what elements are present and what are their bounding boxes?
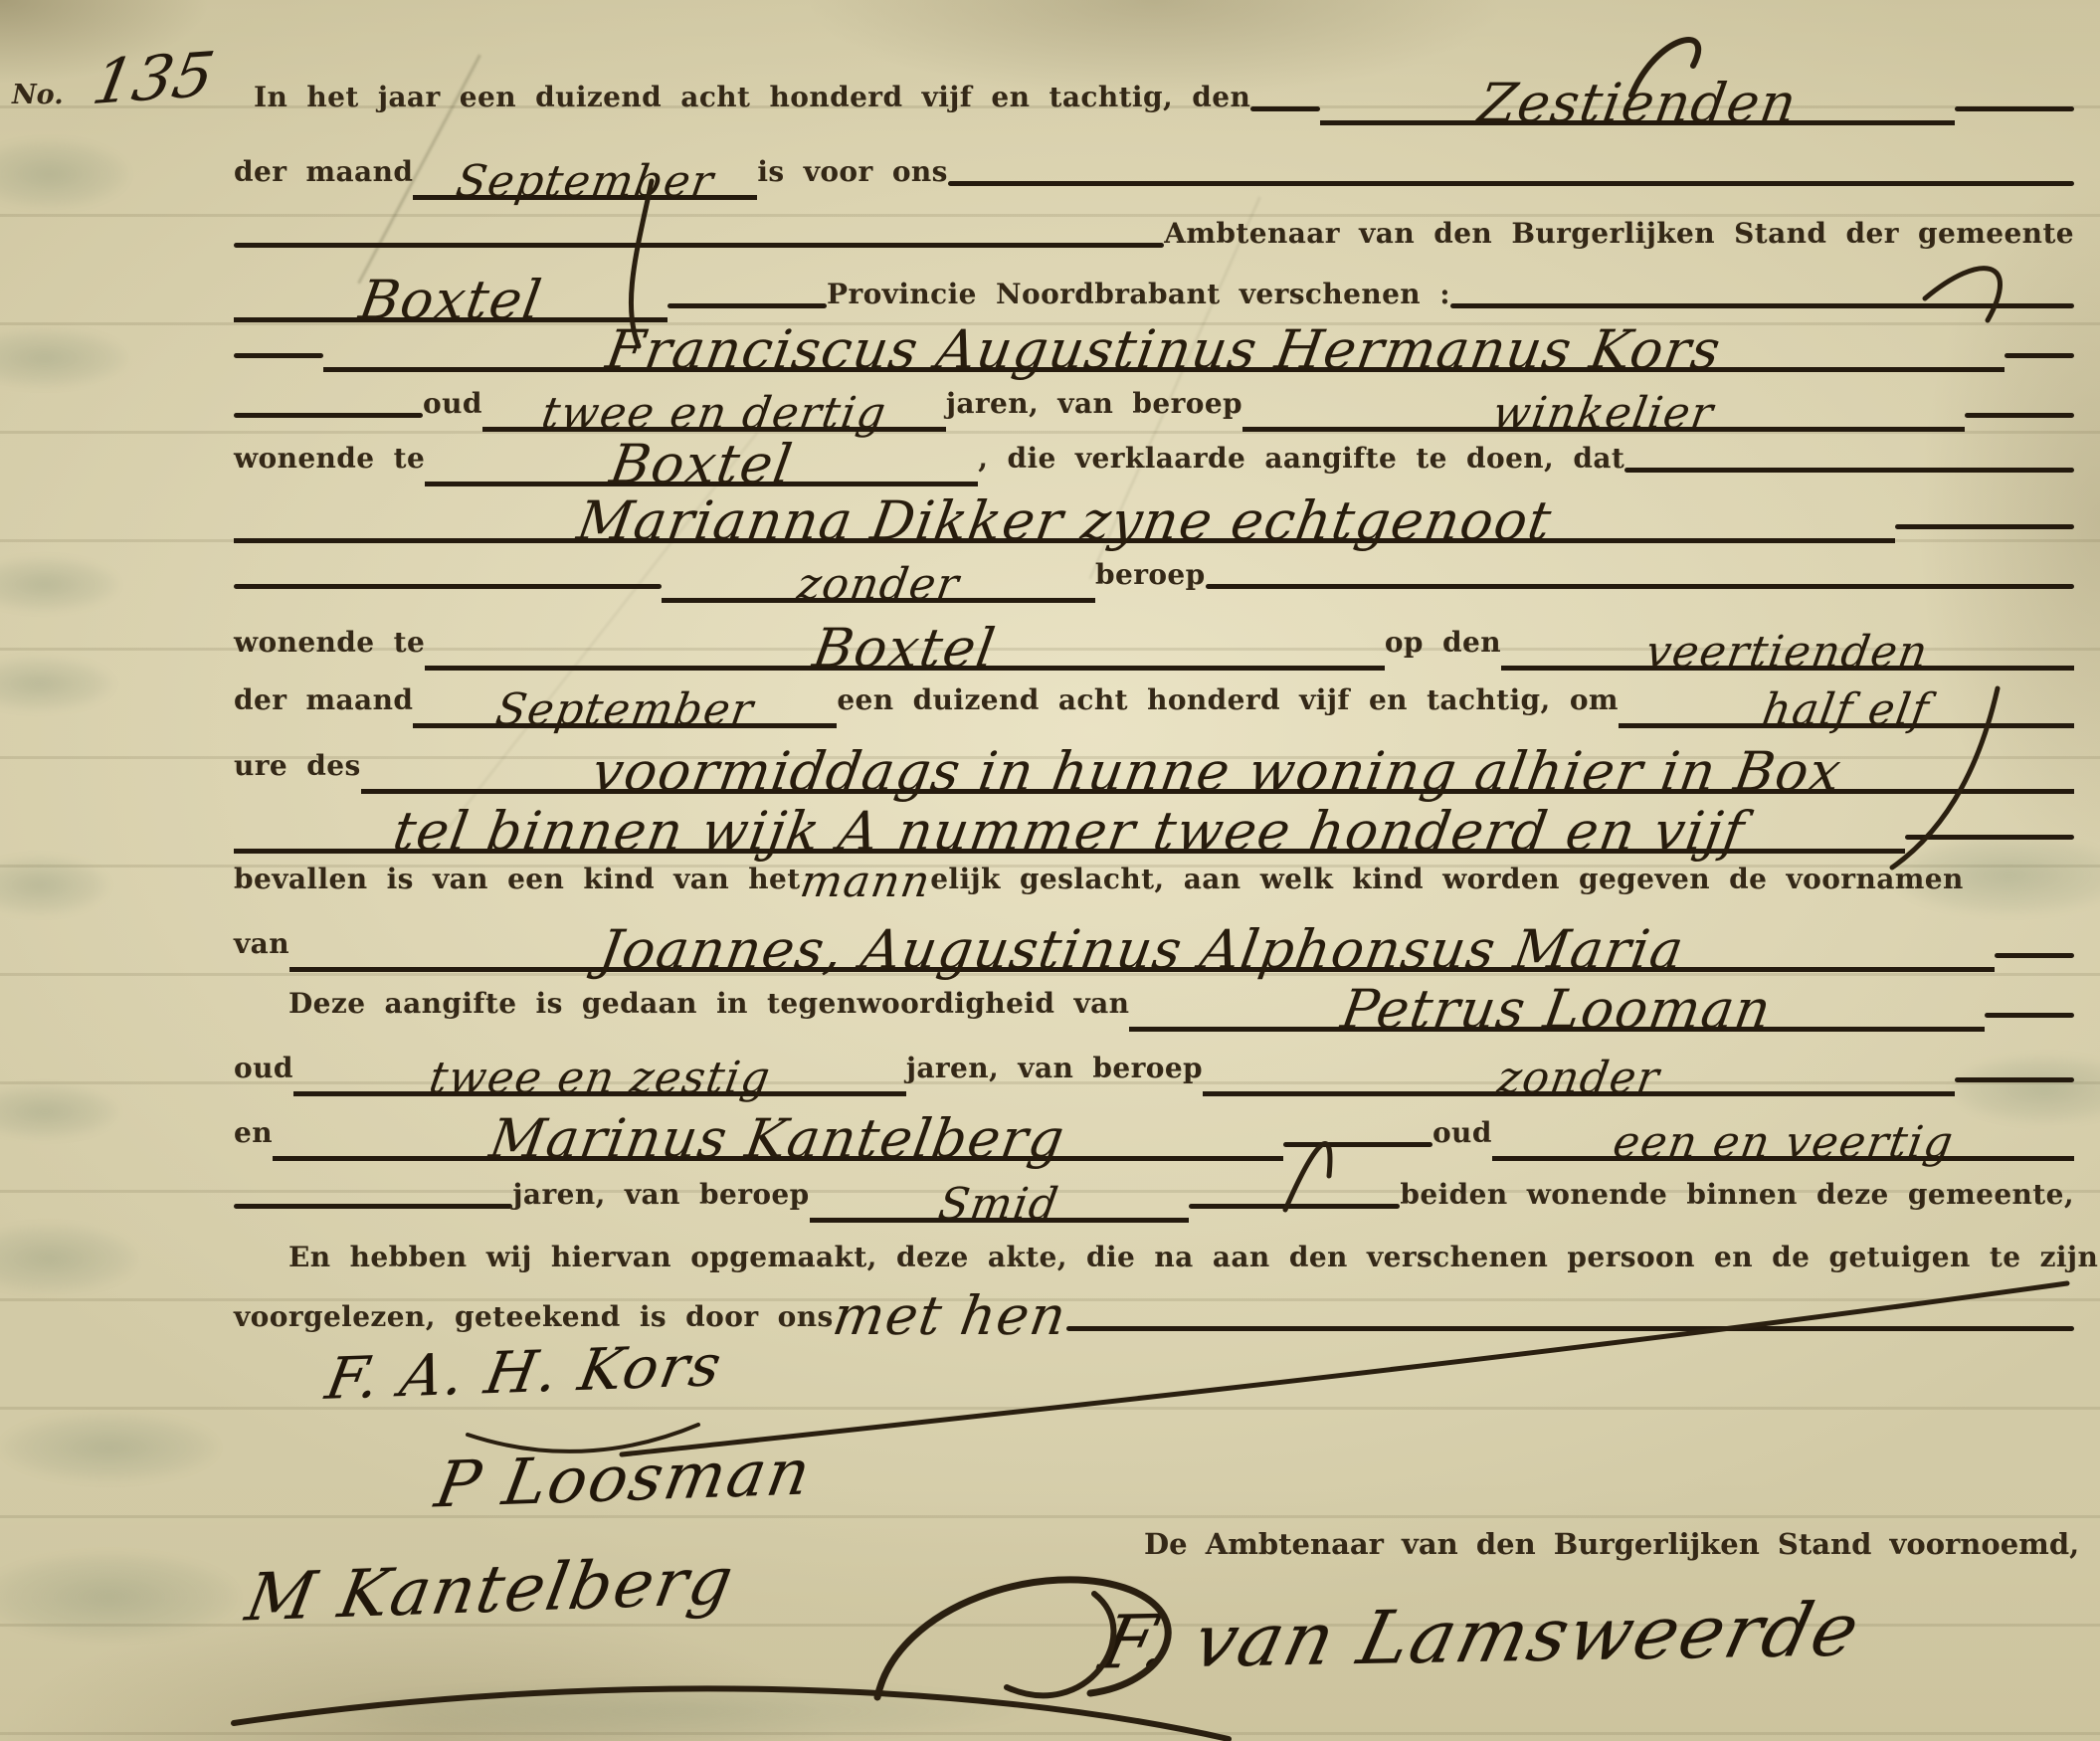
blank-fill-rule bbox=[234, 243, 1164, 248]
printed-form-text: In het jaar een duizend acht honderd vij… bbox=[254, 83, 1250, 113]
bleed-through-mark bbox=[0, 1413, 219, 1482]
printed-form-text: oud bbox=[1432, 1118, 1492, 1149]
blank-fill-rule bbox=[1955, 106, 2074, 111]
blank-fill-rule bbox=[234, 584, 662, 589]
printed-form-text: beroep bbox=[1095, 560, 1206, 591]
blank-fill-rule bbox=[1066, 1326, 2074, 1331]
bleed-through-mark bbox=[0, 139, 129, 209]
handwritten-entry: Zestienden bbox=[1474, 78, 1800, 128]
printed-form-text: is voor ons bbox=[757, 157, 947, 188]
form-line: Deze aangifte is gedaan in tegenwoordigh… bbox=[288, 958, 2074, 1032]
bleed-through-mark bbox=[0, 657, 114, 711]
printed-form-text: bevallen is van een kind van het bbox=[234, 865, 801, 895]
form-line: In het jaar een duizend acht honderd vij… bbox=[254, 52, 2074, 125]
printed-form-text: der maand bbox=[234, 157, 413, 188]
bleed-through-mark bbox=[0, 1552, 239, 1642]
printed-form-text: een duizend acht honderd vijf en tachtig… bbox=[837, 685, 1619, 716]
printed-form-text: jaren, van beroep bbox=[906, 1054, 1203, 1084]
blank-fill-rule bbox=[1955, 1077, 2074, 1082]
act-number-label: No. bbox=[12, 82, 64, 108]
printed-form-text: Deze aangifte is gedaan in tegenwoordigh… bbox=[288, 989, 1129, 1020]
blank-fill-rule bbox=[1206, 584, 2074, 589]
handwritten-entry: met hen bbox=[830, 1290, 1070, 1341]
printed-form-text: voorgelezen, geteekend is door ons bbox=[234, 1302, 834, 1333]
blank-fill-rule bbox=[1250, 106, 1320, 111]
form-blank-field: Zestienden bbox=[1320, 78, 1955, 125]
printed-form-text: van bbox=[234, 929, 289, 960]
printed-form-text: en bbox=[234, 1118, 273, 1149]
bleed-through-mark bbox=[0, 856, 109, 915]
signature-witness-2: M Kantelberg bbox=[241, 1549, 739, 1632]
printed-form-text: jaren, van beroep bbox=[512, 1180, 809, 1211]
form-line: der maandSeptembereen duizend acht honde… bbox=[234, 655, 2074, 728]
scanned-birth-certificate: { "page": { "width": 2111, "height": 175… bbox=[0, 0, 2100, 1741]
blank-fill-rule bbox=[234, 1204, 512, 1209]
blank-fill-rule bbox=[1283, 1142, 1432, 1147]
blank-fill-rule bbox=[948, 181, 2074, 186]
handwritten-entry: mann bbox=[797, 862, 933, 903]
printed-form-text: En hebben wij hiervan opgemaakt, deze ak… bbox=[288, 1243, 2098, 1273]
printed-form-text: Ambtenaar van den Burgerlijken Stand der… bbox=[1164, 219, 2074, 250]
printed-form-text: elijk geslacht, aan welk kind worden geg… bbox=[930, 865, 1964, 895]
bleed-through-mark bbox=[0, 557, 119, 612]
signature-official: F. van Lamsweerde bbox=[1094, 1593, 1867, 1679]
bleed-through-mark bbox=[0, 1224, 139, 1293]
signature-witness-1: P Loosman bbox=[431, 1441, 817, 1517]
printed-form-text: beiden wonende binnen deze gemeente, bbox=[1400, 1180, 2074, 1211]
printed-form-text: der maand bbox=[234, 685, 413, 716]
blank-fill-rule bbox=[1985, 1013, 2074, 1018]
form-line: zonderberoep bbox=[234, 529, 2074, 603]
printed-form-text: ure des bbox=[234, 751, 361, 782]
bleed-through-mark bbox=[0, 328, 129, 388]
form-line: voorgelezen, geteekend is door onsmet he… bbox=[234, 1271, 2074, 1345]
act-number-value: 135 bbox=[89, 44, 219, 113]
signature-declarant: F. A. H. Kors bbox=[322, 1336, 727, 1408]
form-line: bevallen is van een kind van hetmannelij… bbox=[234, 834, 2074, 907]
printed-form-text: oud bbox=[234, 1054, 293, 1084]
bleed-through-mark bbox=[328, 1681, 1025, 1741]
blank-fill-rule bbox=[1189, 1204, 1400, 1209]
official-title-label: De Ambtenaar van den Burgerlijken Stand … bbox=[1144, 1530, 2079, 1559]
form-line: oudtwee en zestigjaren, van beroepzonder bbox=[234, 1023, 2074, 1096]
bleed-through-mark bbox=[0, 1084, 119, 1139]
